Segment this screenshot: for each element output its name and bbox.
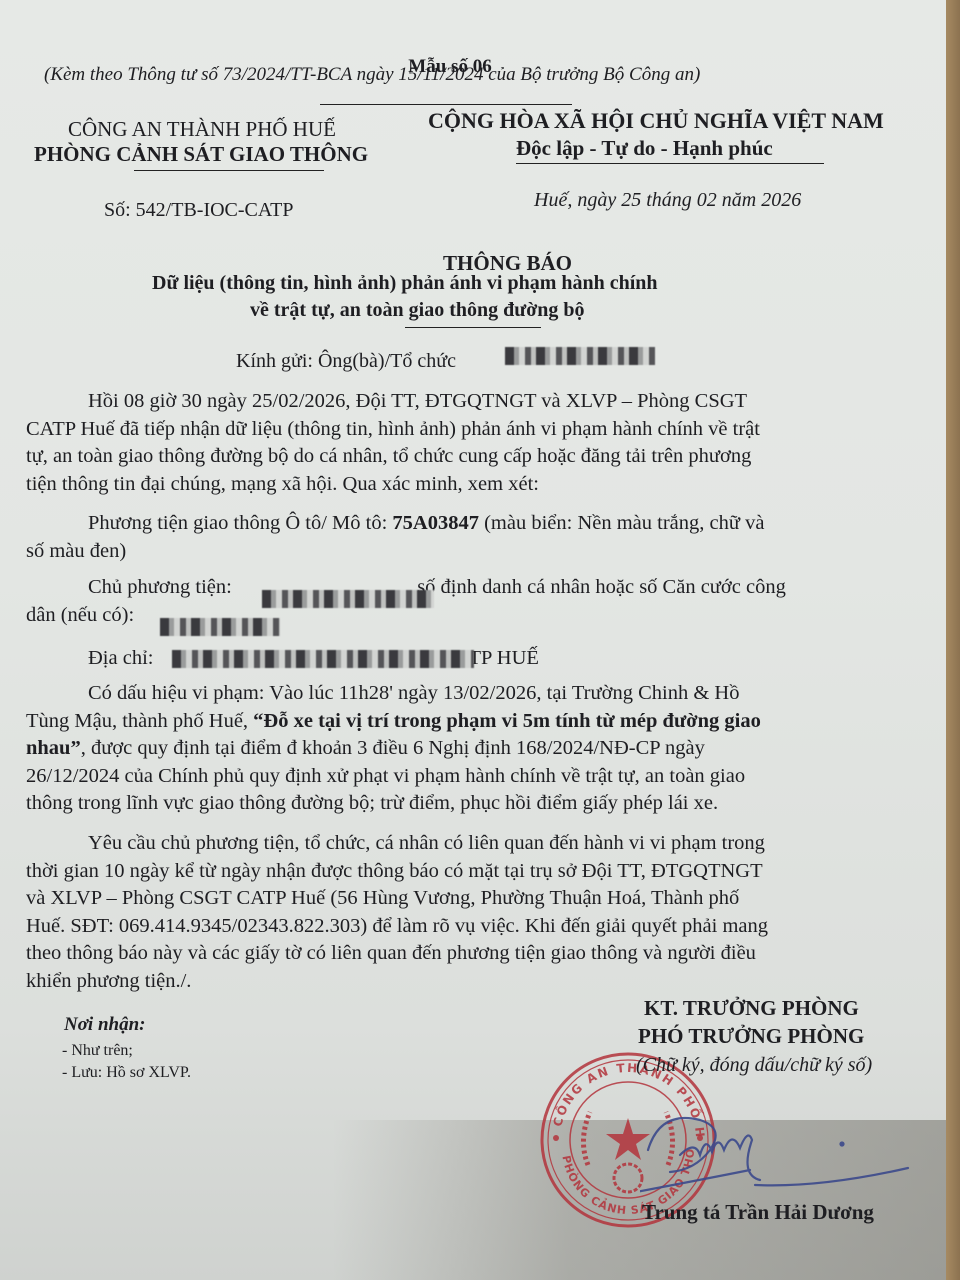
plate-color: (màu biển: Nền màu trắng, chữ và	[479, 512, 765, 534]
text-line: nhau”, được quy định tại điểm đ khoản 3 …	[26, 735, 878, 763]
text-line: Có dấu hiệu vi phạm: Vào lúc 11h28' ngày…	[26, 680, 878, 708]
owner-paragraph: Chủ phương tiện: , số định danh cá nhân …	[26, 574, 878, 629]
divider	[320, 104, 572, 105]
text-line: và XLVP – Phòng CSGT CATP Huế (56 Hùng V…	[26, 885, 878, 913]
agency-unit: PHÒNG CẢNH SÁT GIAO THÔNG	[34, 142, 368, 167]
recipient-label: Kính gửi: Ông(bà)/Tổ chức	[236, 350, 456, 373]
signer-role-line2: PHÓ TRƯỞNG PHÒNG	[638, 1024, 864, 1049]
violation-paragraph: Có dấu hiệu vi phạm: Vào lúc 11h28' ngày…	[26, 680, 878, 818]
recipients-label: Nơi nhận:	[64, 1014, 145, 1036]
agency-parent: CÔNG AN THÀNH PHỐ HUẾ	[68, 117, 336, 142]
signer-name: Trung tá Trần Hải Dương	[642, 1200, 874, 1225]
document-number: Số: 542/TB-IOC-CATP	[104, 199, 293, 222]
recipient-item: - Như trên;	[62, 1042, 133, 1060]
text-line: số màu đen)	[26, 538, 878, 566]
national-title: CỘNG HÒA XÃ HỘI CHỦ NGHĨA VIỆT NAM	[428, 108, 884, 134]
text-line: Chủ phương tiện: , số định danh cá nhân …	[26, 574, 878, 602]
text-line: 26/12/2024 của Chính phủ quy định xử phạ…	[26, 763, 878, 791]
license-plate: 75A03847	[392, 512, 479, 534]
text-line: Hồi 08 giờ 30 ngày 25/02/2026, Đội TT, Đ…	[26, 388, 878, 416]
text-line: CATP Huế đã tiếp nhận dữ liệu (thông tin…	[26, 416, 878, 444]
owner-id-label: dân (nếu có):	[26, 604, 134, 626]
violation-description-end: nhau”	[26, 737, 81, 759]
national-motto: Độc lập - Tự do - Hạnh phúc	[516, 136, 773, 161]
address-label: Địa chỉ:	[88, 647, 159, 669]
text-line: Tùng Mậu, thành phố Huế, “Đỗ xe tại vị t…	[26, 708, 878, 736]
divider	[405, 327, 541, 328]
violation-description: “Đỗ xe tại vị trí trong phạm vi 5m tính …	[253, 710, 761, 732]
vehicle-label: Phương tiện giao thông Ô tô/ Mô tô:	[88, 512, 392, 534]
violation-location: Tùng Mậu, thành phố Huế,	[26, 710, 253, 732]
text-line: tự, an toàn giao thông đường bộ do cá nh…	[26, 443, 878, 471]
signature-note: (Chữ ký, đóng dấu/chữ ký số)	[636, 1054, 872, 1077]
redacted-recipient-name	[505, 347, 655, 365]
form-reference: (Kèm theo Thông tư số 73/2024/TT-BCA ngà…	[44, 64, 700, 86]
document-page	[0, 0, 948, 1280]
owner-id-text: , số định danh cá nhân hoặc số Căn cước …	[407, 576, 786, 598]
text-line: Huế. SĐT: 069.414.9345/02343.822.303) để…	[26, 913, 878, 941]
document-subtitle-line2: về trật tự, an toàn giao thông đường bộ	[250, 299, 585, 322]
document-subtitle-line1: Dữ liệu (thông tin, hình ảnh) phản ánh v…	[152, 272, 658, 295]
owner-label: Chủ phương tiện:	[88, 576, 237, 598]
intro-paragraph: Hồi 08 giờ 30 ngày 25/02/2026, Đội TT, Đ…	[26, 388, 878, 498]
text-line: Phương tiện giao thông Ô tô/ Mô tô: 75A0…	[26, 510, 878, 538]
text-line: thông trong lĩnh vực giao thông đường bộ…	[26, 790, 878, 818]
desk-edge	[946, 0, 960, 1280]
text-line: Yêu cầu chủ phương tiện, tổ chức, cá nhâ…	[26, 830, 878, 858]
text-line: thời gian 10 ngày kể từ ngày nhận được t…	[26, 858, 878, 886]
text-line: tiện thông tin đại chúng, mạng xã hội. Q…	[26, 471, 878, 499]
signer-role-line1: KT. TRƯỞNG PHÒNG	[644, 996, 859, 1021]
divider	[516, 163, 824, 164]
request-paragraph: Yêu cầu chủ phương tiện, tổ chức, cá nhâ…	[26, 830, 878, 995]
text-line: khiển phương tiện./.	[26, 968, 878, 996]
legal-basis: , được quy định tại điểm đ khoản 3 điều …	[81, 737, 705, 759]
text-line: theo thông báo này và các giấy tờ có liê…	[26, 940, 878, 968]
vehicle-paragraph: Phương tiện giao thông Ô tô/ Mô tô: 75A0…	[26, 510, 878, 565]
handwritten-signature-icon	[640, 1100, 920, 1210]
recipient-item: - Lưu: Hồ sơ XLVP.	[62, 1064, 191, 1082]
text-line: dân (nếu có):	[26, 602, 878, 630]
redacted-address	[172, 650, 474, 668]
place-date: Huế, ngày 25 tháng 02 năm 2026	[534, 189, 801, 212]
divider	[134, 170, 324, 171]
redacted-owner-id	[160, 618, 280, 636]
redacted-owner-name	[262, 590, 434, 608]
